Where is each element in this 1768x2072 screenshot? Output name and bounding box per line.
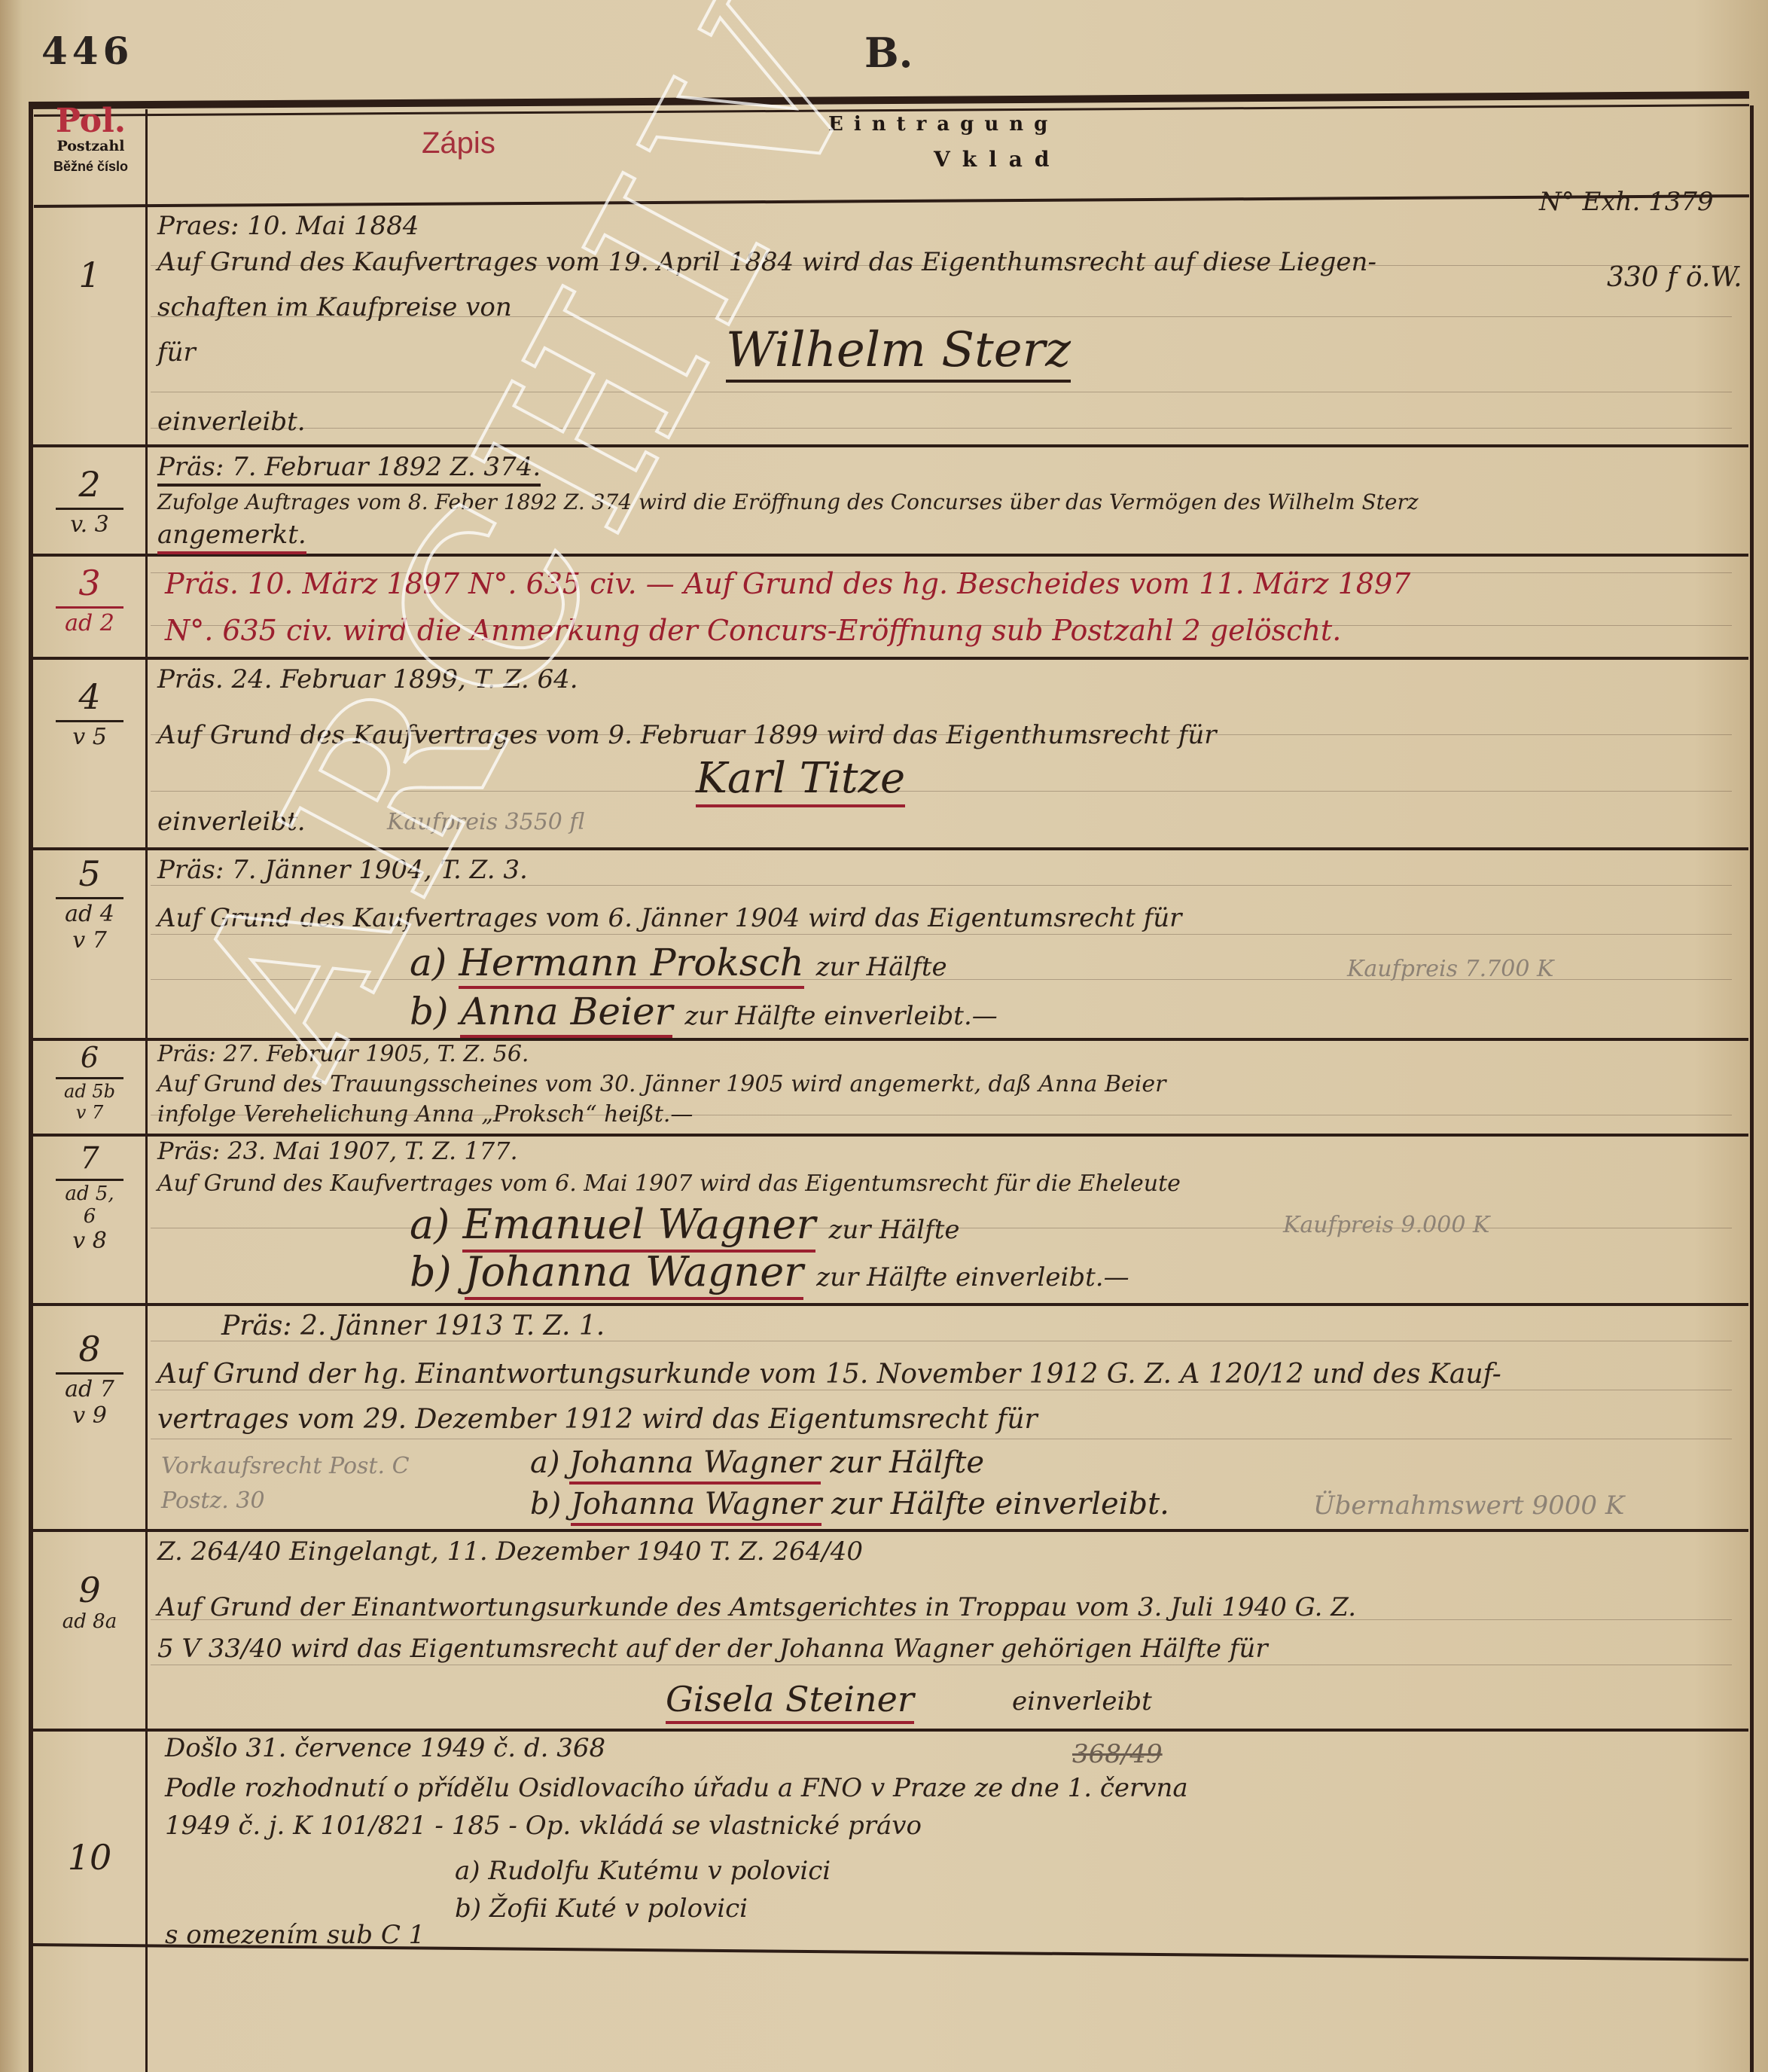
entry-4: 4v 5 Präs. 24. Februar 1899, T. Z. 64. A… — [33, 660, 1748, 847]
entry-reference: ad 5, 6 — [56, 1179, 123, 1228]
entry-number: 3ad 2 — [33, 563, 146, 636]
owner-share: zur Hälfte einverleibt.— — [816, 1262, 1129, 1292]
owner-prefix: a) — [410, 1201, 450, 1248]
entry-number: 1 — [33, 255, 146, 295]
entry-reference-2: v 7 — [33, 927, 146, 954]
owner-share: zur Hälfte einverleibt. — [831, 1487, 1169, 1521]
owner-share: v polovici — [624, 1893, 748, 1924]
pol-stamp: Pol. — [36, 105, 145, 138]
entry-text: Auf Grund des Kaufvertrages vom 19. Apri… — [157, 247, 1376, 277]
entry-2: 2v. 3 Präs: 7. Februar 1892 Z. 374. Zufo… — [33, 447, 1748, 553]
entry-text: Zufolge Auftrages vom 8. Feber 1892 Z. 3… — [157, 490, 1419, 514]
entry-text: 1949 č. j. K 101/821 - 185 - Op. vkládá … — [165, 1811, 922, 1841]
owner-prefix: b) — [410, 990, 449, 1033]
entry-reference: ad 4 — [56, 897, 123, 927]
entry-date: Präs: 27. Februar 1905, T. Z. 56. — [157, 1041, 529, 1067]
owner-line: a) Johanna Wagner zur Hälfte — [530, 1445, 984, 1480]
entry-9: 9ad 8a Z. 264/40 Eingelangt, 11. Dezembe… — [33, 1532, 1748, 1728]
entry-reference: ad 7 — [56, 1372, 123, 1402]
entry-text: schaften im Kaufpreise von — [157, 292, 512, 322]
entry-closing: einverleibt — [1012, 1686, 1152, 1716]
entry-1: 1 Praes: 10. Mai 1884 Auf Grund des Kauf… — [33, 209, 1748, 444]
section-letter: B. — [864, 29, 913, 77]
entry-reference-2: v 8 — [33, 1228, 146, 1254]
pencil-note: Übernahmswert 9000 K — [1313, 1491, 1624, 1521]
owner-name: Anna Beier — [460, 990, 672, 1038]
owner-prefix: b) — [455, 1893, 481, 1924]
owner-name: Hermann Proksch — [459, 941, 803, 989]
owner-name: Gisela Steiner — [666, 1679, 914, 1724]
entry-number-value: 4 — [78, 676, 100, 717]
side-note: Vorkaufsrecht Post. C Postz. 30 — [161, 1449, 477, 1518]
zapis-stamp: Zápis — [422, 127, 495, 160]
owner-line: b) Johanna Wagner zur Hälfte einverleibt… — [530, 1487, 1169, 1521]
entry-8: 8ad 7v 9 Präs: 2. Jänner 1913 T. Z. 1. A… — [33, 1306, 1748, 1528]
entry-text: Auf Grund des Kaufvertrages vom 6. Jänne… — [157, 903, 1181, 933]
owner-line: a) Emanuel Wagner zur Hälfte — [410, 1201, 960, 1248]
entry-number-value: 8 — [78, 1329, 100, 1369]
pencil-note: Kaufpreis 9.000 K — [1283, 1212, 1489, 1238]
entry-date: Präs. 24. Februar 1899, T. Z. 64. — [157, 664, 578, 694]
entry-reference-2: v 7 — [33, 1102, 146, 1123]
entry-number-value: 9 — [78, 1570, 100, 1610]
entry-5: 5ad 4v 7 Präs: 7. Jänner 1904, T. Z. 3. … — [33, 850, 1748, 1037]
entry-number: 4v 5 — [33, 676, 146, 750]
entry-7: 7ad 5, 6v 8 Präs: 23. Mai 1907, T. Z. 17… — [33, 1137, 1748, 1302]
entry-text: infolge Verehelichung Anna „Proksch“ hei… — [157, 1101, 693, 1128]
entry-date: Präs: 7. Jänner 1904, T. Z. 3. — [157, 855, 528, 885]
entry-date: Präs: 23. Mai 1907, T. Z. 177. — [157, 1137, 518, 1165]
entry-10: 10 Došlo 31. července 1949 č. d. 368 368… — [33, 1732, 1748, 1950]
entry-number: 5ad 4v 7 — [33, 853, 146, 954]
owner-name: Karl Titze — [696, 754, 905, 807]
entry-closing: einverleibt. — [157, 407, 306, 437]
owner-line: a) Rudolfu Kutému v polovici — [455, 1856, 831, 1886]
entry-closing: einverleibt. — [157, 807, 306, 837]
pencil-note: Kaufpreis 7.700 K — [1347, 956, 1553, 982]
price: 330 f ö.W. — [1607, 262, 1742, 293]
owner-prefix: b) — [530, 1487, 561, 1521]
entry-text: Auf Grund der hg. Einantwortungsurkunde … — [157, 1359, 1501, 1390]
entry-reference: ad 5b — [56, 1077, 123, 1102]
entry-reference: v. 3 — [56, 508, 123, 538]
header-postzahl-column: Pol. Postzahl Běžné číslo — [36, 109, 145, 175]
entry-text: vertrages vom 29. Dezember 1912 wird das… — [157, 1404, 1038, 1435]
owner-name: Žofii Kuté — [489, 1893, 617, 1924]
entry-text: 5 V 33/40 wird das Eigentumsrecht auf de… — [157, 1634, 1268, 1664]
header-bezne-cislo-label: Běžné číslo — [36, 159, 145, 175]
entry-reference: ad 2 — [56, 606, 123, 636]
owner-prefix: a) — [410, 941, 447, 984]
pencil-note: Kaufpreis 3550 fl — [387, 809, 584, 835]
entry-number: 10 — [33, 1837, 146, 1878]
entry-text: Auf Grund des Trauungsscheines vom 30. J… — [157, 1071, 1166, 1097]
entry-number: 6ad 5bv 7 — [33, 1041, 146, 1123]
owner-share: zur Hälfte einverleibt.— — [684, 1001, 997, 1031]
owner-share: zur Hälfte — [816, 952, 947, 982]
entry-reference: v 5 — [56, 720, 123, 750]
header-vklad-label: Vklad — [934, 147, 1061, 172]
crossed-note: 368/49 — [1072, 1739, 1163, 1769]
owner-name: Johanna Wagner — [569, 1445, 820, 1485]
owner-share: zur Hälfte — [830, 1445, 984, 1480]
entry-3: 3ad 2 Präs. 10. März 1897 N°. 635 civ. —… — [33, 557, 1748, 656]
owner-prefix: a) — [530, 1445, 559, 1480]
owner-prefix: a) — [455, 1856, 480, 1886]
owner-line: a) Hermann Proksch zur Hälfte — [410, 941, 947, 984]
entry-number: 2v. 3 — [33, 464, 146, 538]
owner-name: Johanna Wagner — [571, 1487, 822, 1526]
entry-date: Praes: 10. Mai 1884 — [157, 211, 419, 241]
owner-line: b) Anna Beier zur Hälfte einverleibt.— — [410, 990, 998, 1033]
entry-number-value: 2 — [78, 464, 100, 505]
entry-text: Auf Grund der Einantwortungsurkunde des … — [157, 1592, 1356, 1622]
owner-prefix: b) — [410, 1248, 452, 1295]
entry-number-value: 7 — [80, 1141, 99, 1176]
entry-number-value: 3 — [78, 563, 100, 603]
entry-text: angemerkt. — [157, 520, 306, 554]
entry-reference-2: v 9 — [33, 1402, 146, 1429]
entry-date: Došlo 31. července 1949 č. d. 368 — [165, 1733, 605, 1763]
entry-text: für — [157, 337, 196, 368]
owner-share: v polovici — [708, 1856, 831, 1886]
owner-name: Rudolfu Kutému — [488, 1856, 699, 1886]
entry-number-value: 5 — [78, 853, 100, 894]
entry-text: Auf Grund des Kaufvertrages vom 6. Mai 1… — [157, 1170, 1181, 1197]
header-postzahl-label: Postzahl — [36, 138, 145, 154]
page-number: 446 — [41, 29, 133, 73]
owner-name: Johanna Wagner — [465, 1248, 803, 1300]
entry-text: Auf Grund des Kaufvertrages vom 9. Febru… — [157, 720, 1216, 750]
owner-line: b) Johanna Wagner zur Hälfte einverleibt… — [410, 1248, 1129, 1295]
entry-text: N°. 635 civ. wird die Anmerkung der Conc… — [165, 614, 1341, 647]
entry-text: Präs. 10. März 1897 N°. 635 civ. — Auf G… — [165, 567, 1410, 600]
entry-reference: ad 8a — [33, 1610, 146, 1633]
entry-number: 9ad 8a — [33, 1570, 146, 1633]
entry-text: Podle rozhodnutí o přídělu Osidlovacího … — [165, 1773, 1188, 1803]
entry-number-value: 6 — [81, 1041, 99, 1074]
entry-date: Z. 264/40 Eingelangt, 11. Dezember 1940 … — [157, 1536, 863, 1567]
entry-6: 6ad 5bv 7 Präs: 27. Februar 1905, T. Z. … — [33, 1041, 1748, 1133]
margin-note: N° Exh. 1379 — [1539, 187, 1714, 217]
owner-line: b) Žofii Kuté v polovici — [455, 1893, 748, 1924]
entry-date: Präs: 7. Februar 1892 Z. 374. — [157, 452, 541, 487]
entry-date: Präs: 2. Jänner 1913 T. Z. 1. — [221, 1311, 605, 1341]
owner-name: Wilhelm Sterz — [726, 322, 1071, 383]
entry-number: 8ad 7v 9 — [33, 1329, 146, 1429]
owner-share: zur Hälfte — [829, 1215, 960, 1245]
header-eintragung-label: Eintragung — [828, 113, 1058, 136]
owner-name: Emanuel Wagner — [462, 1201, 815, 1253]
entry-closing: s omezením sub C 1 — [165, 1920, 425, 1950]
entry-number: 7ad 5, 6v 8 — [33, 1141, 146, 1254]
